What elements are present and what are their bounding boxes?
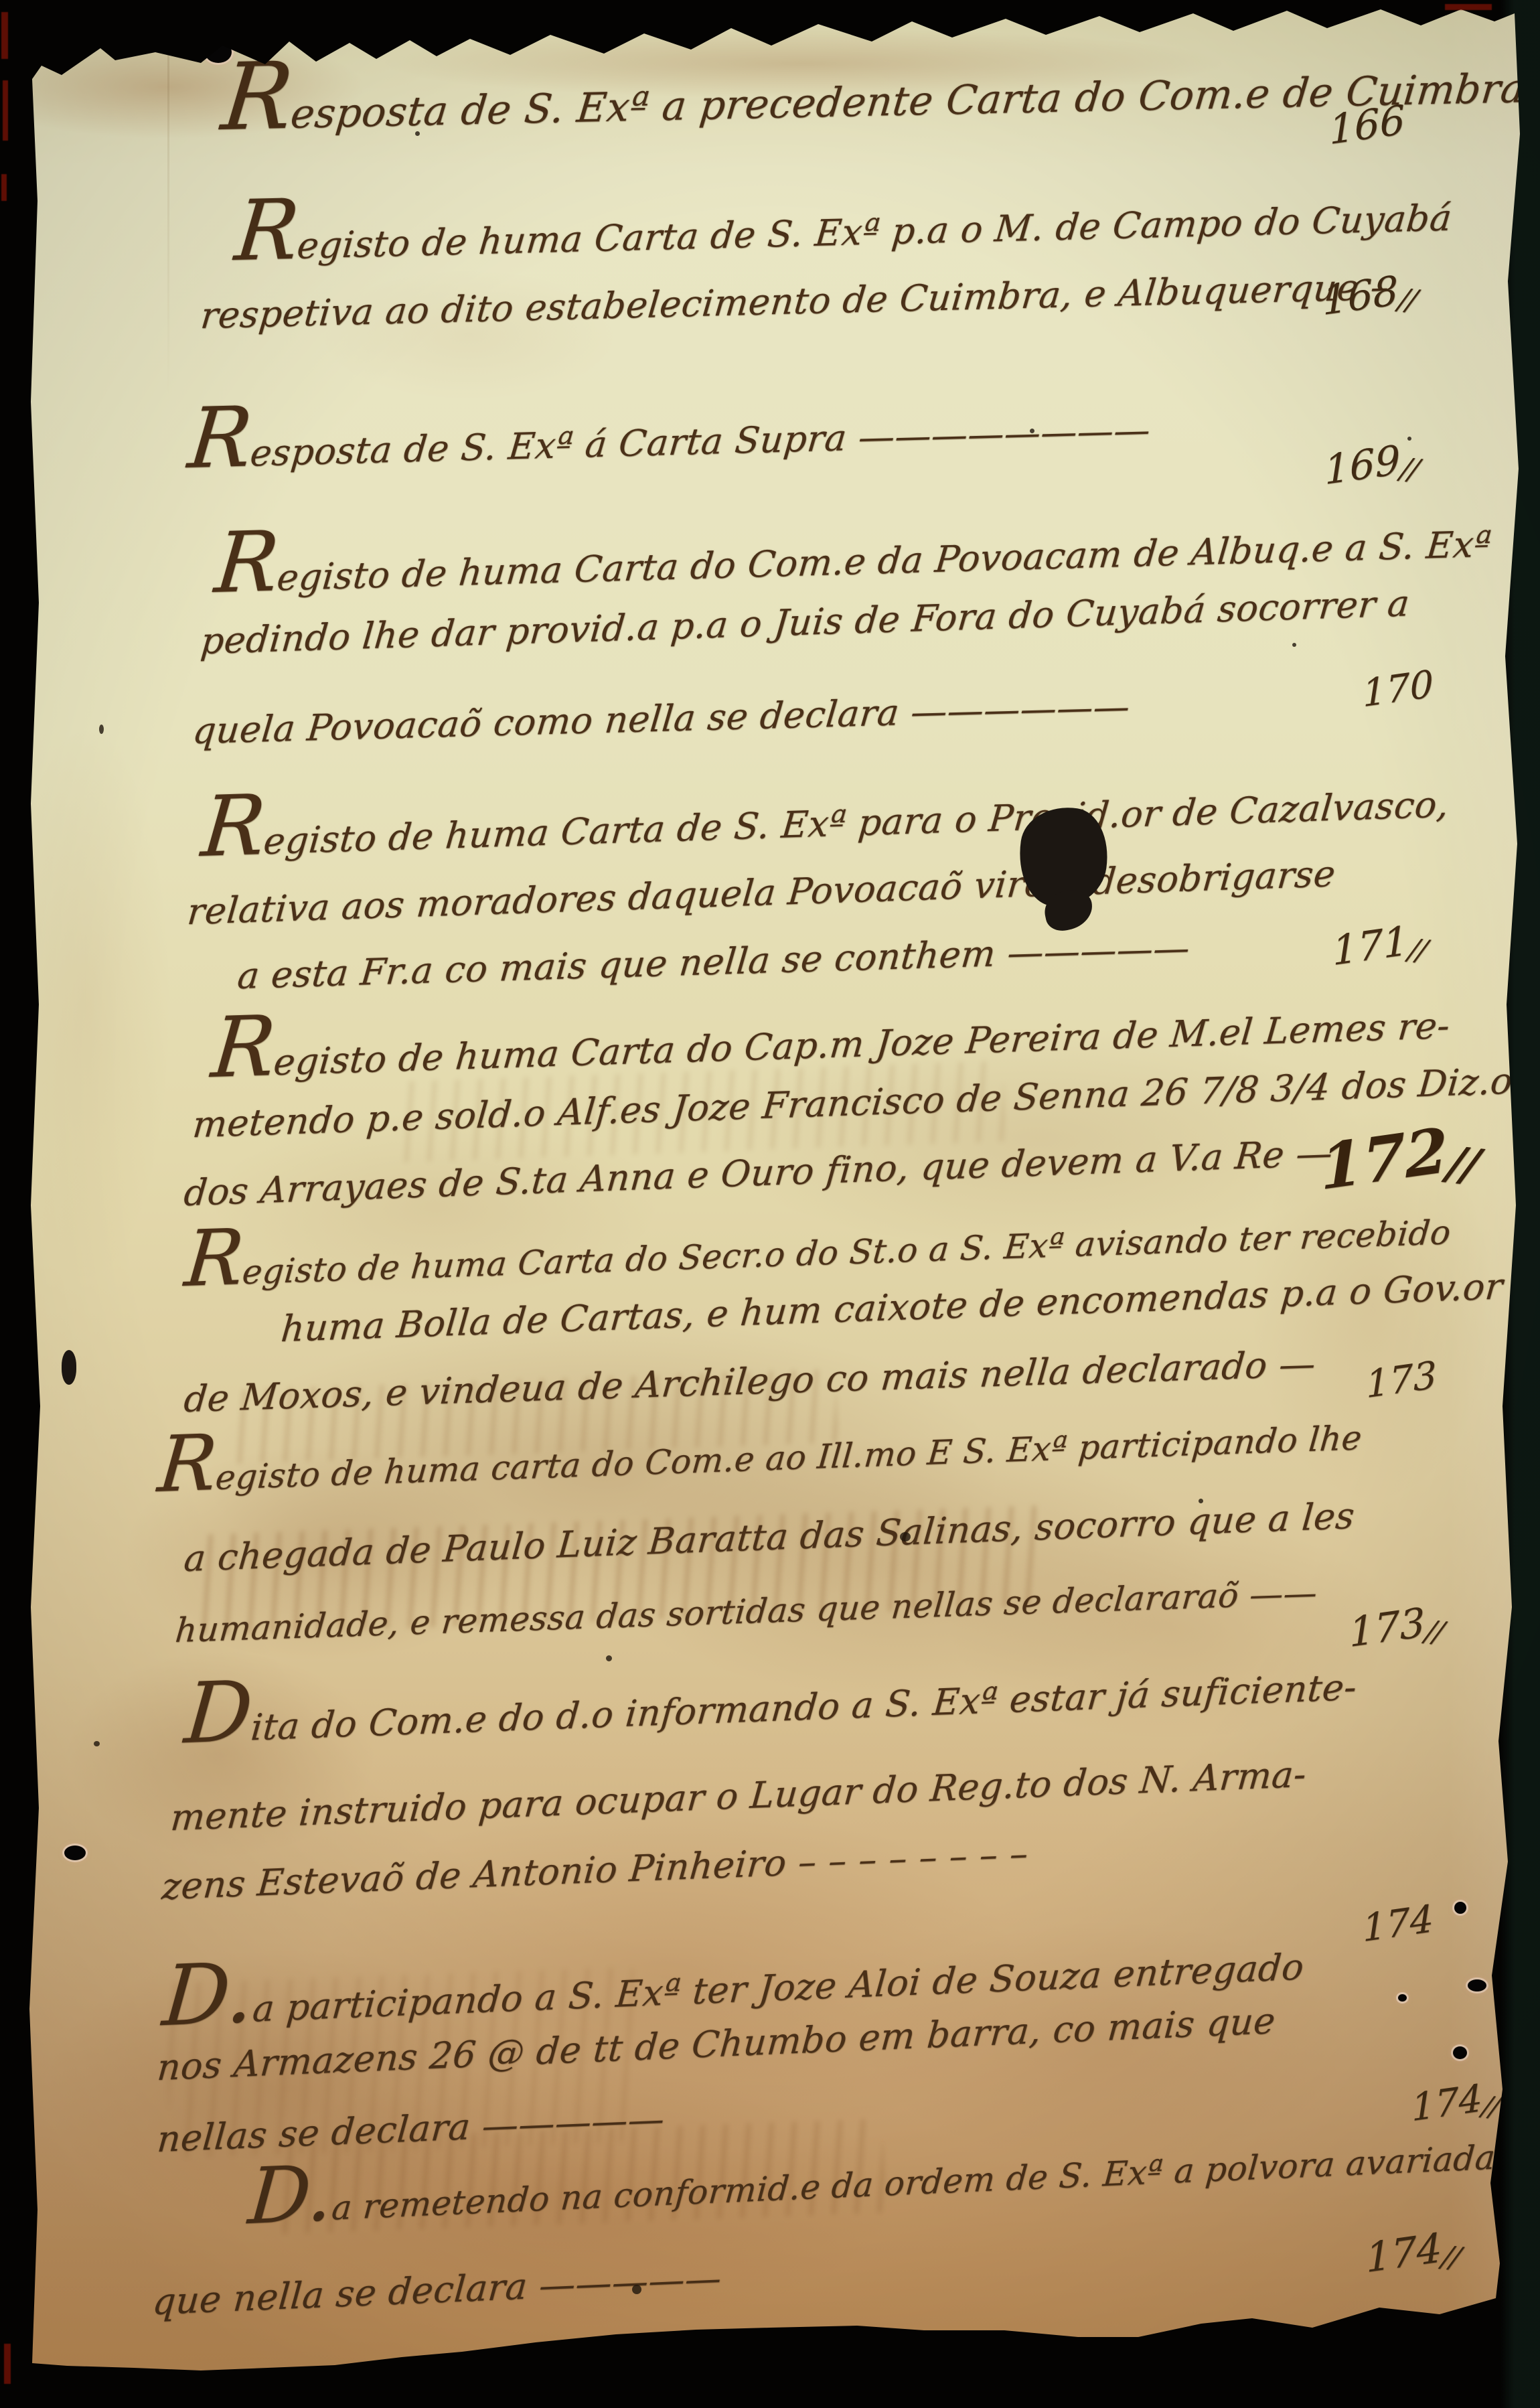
folio-value: 174: [1365, 2225, 1443, 2282]
folio-value: 166: [1328, 96, 1406, 154]
verso-mark: //: [1405, 932, 1429, 968]
verso-mark: //: [1439, 2239, 1462, 2275]
folio-value: 169: [1324, 437, 1401, 494]
worm-hole: [1468, 1979, 1486, 1991]
folio-value: 171: [1332, 917, 1409, 975]
worm-hole: [1398, 1994, 1407, 2002]
folio-number: 169//: [1324, 434, 1418, 498]
folio-number: 171//: [1332, 915, 1426, 978]
red-scan-artifact: [1, 12, 8, 59]
ink-speck: [606, 1655, 612, 1661]
folio-number: 173//: [1349, 1596, 1443, 1660]
entry-line: respetiva ao dito estabelecimento de Cui…: [199, 267, 1391, 336]
ink-speck: [99, 725, 104, 734]
verso-mark: //: [1422, 1614, 1446, 1649]
ink-speck: [1407, 437, 1411, 441]
folio-number: 173: [1365, 1353, 1438, 1407]
folio-number: 172//: [1319, 1110, 1478, 1210]
worm-hole: [1454, 1902, 1466, 1914]
folio-value: 170: [1362, 662, 1434, 716]
entry-line: relativa aos moradores daquela Povoacaõ …: [185, 854, 1337, 931]
folio-value: 173: [1349, 1599, 1426, 1657]
worm-hole: [205, 42, 232, 63]
red-scan-artifact: [1445, 4, 1492, 10]
entry-line: Dita do Com.e do d.o informando a S. Exª…: [182, 1667, 1358, 1750]
folio-value: 173: [1365, 1353, 1438, 1407]
folio-number: 174: [1362, 1897, 1434, 1951]
entry-line: zens Estevaõ de Antonio Pinheiro – – – –…: [160, 1833, 1030, 1906]
verso-mark: //: [1395, 282, 1419, 317]
folio-number: 174//: [1411, 2075, 1498, 2133]
ink-speck: [1199, 1499, 1203, 1503]
entry-line: a esta Fr.a co mais que nella se conthem…: [236, 928, 1192, 996]
entry-line: quela Povoacaõ como nella se declara ———…: [191, 686, 1132, 751]
red-scan-artifact: [4, 2344, 11, 2384]
ink-blot: [62, 1350, 76, 1385]
folio-value: 174: [1411, 2077, 1483, 2130]
red-scan-artifact: [3, 80, 8, 141]
ink-speck: [415, 131, 420, 136]
folio-value: 168: [1322, 267, 1399, 325]
folio-number: 170: [1362, 662, 1434, 716]
folio-number: 174//: [1365, 2222, 1460, 2285]
red-scan-artifact: [1, 174, 7, 201]
ink-speck: [94, 1741, 100, 1746]
paper-sheet: Resposta de S. Exª a precedente Carta do…: [0, 0, 1540, 2408]
ink-speck: [632, 2285, 641, 2294]
entry-line: Registo de huma Carta de S. Exª para o P…: [199, 784, 1450, 863]
ink-speck: [1030, 429, 1034, 433]
ink-speck: [900, 1532, 911, 1541]
verso-mark: //: [1397, 451, 1421, 487]
entry-line: Registo de huma Carta de S. Exª p.a o M.…: [232, 198, 1454, 267]
folio-number: 166: [1328, 96, 1406, 154]
verso-mark: //: [1480, 2090, 1501, 2123]
worm-hole: [1453, 2046, 1467, 2059]
manuscript-scan: Resposta de S. Exª a precedente Carta do…: [0, 0, 1540, 2408]
folio-value: 172: [1319, 1114, 1449, 1204]
worm-hole: [64, 1846, 86, 1860]
folio-value: 174: [1362, 1897, 1434, 1951]
verso-mark: //: [1443, 1136, 1482, 1191]
entry-line: Resposta de S. Exª á Carta Supra ———————…: [185, 410, 1152, 475]
ink-speck: [1292, 643, 1296, 647]
paper-crease: [167, 50, 169, 398]
entry-line: mente instruido para ocupar o Lugar do R…: [169, 1754, 1308, 1838]
